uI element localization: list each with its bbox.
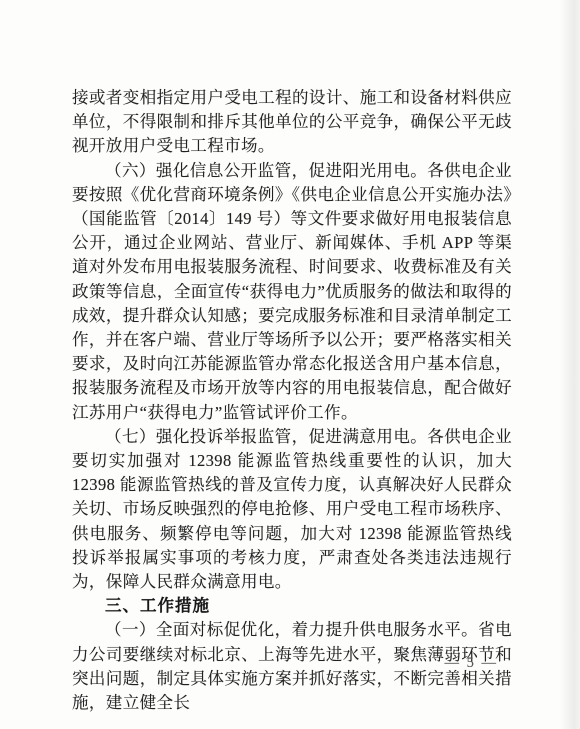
document-page: 接或者变相指定用户受电工程的设计、施工和设备材料供应单位，不得限制和排斥其他单位… [0,0,580,729]
document-body: 接或者变相指定用户受电工程的设计、施工和设备材料供应单位，不得限制和排斥其他单位… [72,86,512,715]
paragraph-continuation: 接或者变相指定用户受电工程的设计、施工和设备材料供应单位，不得限制和排斥其他单位… [72,86,512,159]
section-heading-work-measures: 三、工作措施 [72,594,512,618]
page-number: — 5 — [445,655,499,672]
paragraph-item-six: （六）强化信息公开监管，促进阳光用电。各供电企业要按照《优化营商环境条例》《供电… [72,159,512,425]
paragraph-item-seven: （七）强化投诉举报监管，促进满意用电。各供电企业要切实加强对 12398 能源监… [72,425,512,594]
